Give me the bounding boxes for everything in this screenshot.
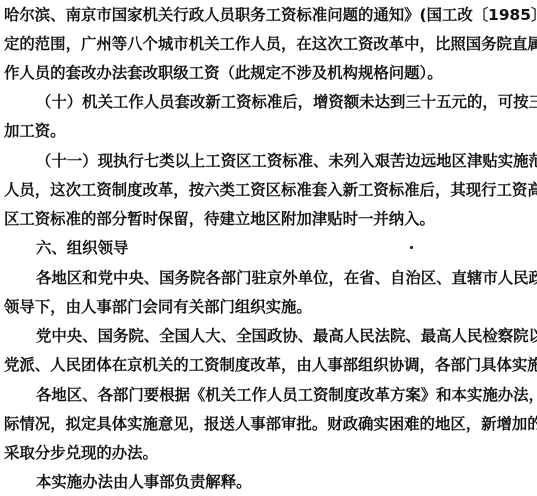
section-heading: 六、组织领导 — [36, 238, 534, 258]
text-line: 各地区、各部门要根据《机关工作人员工资制度改革方案》和本实施办法，结合实 — [36, 385, 534, 405]
text-line: 作人员的套改办法套改职级工资（此规定不涉及机构规格问题）。 — [4, 63, 534, 83]
text-line: （十一）现执行七类以上工资区工资标准、未列入艰苦边远地区津贴实施范围的工作 — [36, 151, 534, 171]
text-line: 采取分步兑现的办法。 — [4, 443, 534, 463]
text-line: 际情况，拟定具体实施意见，报送人事部审批。财政确实困难的地区，新增加的工资可 — [4, 414, 534, 434]
text-line: 本实施办法由人事部负责解释。 — [36, 472, 534, 492]
document-page: 哈尔滨、南京市国家机关行政人员职务工资标准问题的通知》(国工改〔1985〕012… — [0, 0, 537, 496]
text-line: （十）机关工作人员套改新工资标准后，增资额未达到三十五元的，可按三十五元增 — [36, 92, 534, 112]
text-line: 定的范围，广州等八个城市机关工作人员，在这次工资改革中，比照国务院直属机构工 — [4, 34, 534, 54]
text-line: 加工资。 — [4, 121, 534, 141]
text-line: 哈尔滨、南京市国家机关行政人员职务工资标准问题的通知》(国工改〔1985〕012… — [4, 5, 534, 25]
text-line: 领导下，由人事部门会同有关部门组织实施。 — [4, 297, 534, 317]
text-line: 党派、人民团体在京机关的工资制度改革，由人事部组织协调，各部门具体实施。 — [4, 355, 534, 375]
text-line: 区工资标准的部分暂时保留，待建立地区附加津贴时一并纳入。 — [4, 209, 534, 229]
stray-dot — [410, 246, 413, 249]
text-line: 党中央、国务院、全国人大、全国政协、最高人民法院、最高人民检察院以及民主 — [36, 326, 534, 346]
text-line: 人员，这次工资制度改革，按六类工资区标准套入新工资标准后，其现行工资高于六类 — [4, 180, 534, 200]
text-line: 各地区和党中央、国务院各部门驻京外单位，在省、自治区、直辖市人民政府统一 — [36, 268, 534, 288]
